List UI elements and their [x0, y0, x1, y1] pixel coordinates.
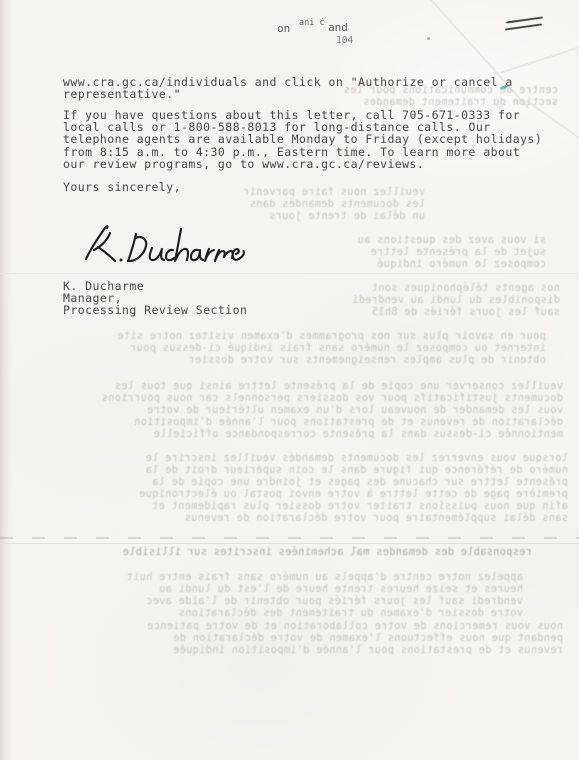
paper-crease — [0, 273, 579, 274]
closing-line: Yours sincerely, — [63, 181, 181, 193]
top-fragment-word: on — [277, 22, 290, 35]
text-line: our review programs, go to www.cra.gc.ca… — [63, 158, 542, 170]
body-paragraph: If you have questions about this letter,… — [63, 109, 542, 170]
body-paragraph: www.cra.gc.ca/individuals and click on "… — [63, 76, 513, 100]
top-fragment-raised: ani ċ — [299, 18, 325, 28]
text-line: Processing Review Section — [63, 304, 247, 316]
bleedthrough-text-block: veuillez conserver une copie de la prése… — [15, 380, 563, 440]
bleedthrough-text-block: responsable des demandes mal acheminées … — [60, 546, 532, 558]
bleedthrough-text-block: veuillez nous faire parvenirles document… — [243, 186, 425, 222]
bleedthrough-text-block: nous vous remercions de votre collaborat… — [55, 620, 563, 656]
top-fragment-word: and — [328, 21, 348, 34]
paper-crease — [500, 41, 579, 73]
text-line: from 8:15 a.m. to 4:30 p.m., Eastern tim… — [63, 146, 542, 158]
pen-mark-icon — [505, 23, 542, 31]
bleedthrough-text-block: si vous avez des questions ausujet de la… — [300, 234, 546, 270]
handwritten-signature — [84, 216, 248, 270]
pen-mark-icon — [506, 16, 543, 24]
scanned-letter-page: { "document": { "top_fragment": { "word1… — [0, 0, 579, 760]
bleedthrough-text-block: appelez notre centre d'appels au numéro … — [65, 571, 523, 619]
text-line: telephone agents are available Monday to… — [63, 133, 542, 145]
bleedthrough-text-block: lorsque vous enverrez les documents dema… — [20, 452, 568, 524]
signoff-block: K. DucharmeManager,Processing Review Sec… — [63, 280, 247, 317]
bleedthrough-text-block: pour en savoir plus sur nos programmes d… — [100, 330, 546, 366]
text-line: Yours sincerely, — [63, 181, 181, 193]
bleedthrough-text-block: nos agents téléphoniques sontdisponibles… — [330, 282, 560, 318]
top-fragment-number: 104 — [336, 35, 353, 46]
paper-crease — [0, 537, 579, 539]
paper-crease — [0, 543, 579, 544]
text-line: representative." — [63, 88, 513, 100]
ink-speck — [427, 37, 430, 40]
